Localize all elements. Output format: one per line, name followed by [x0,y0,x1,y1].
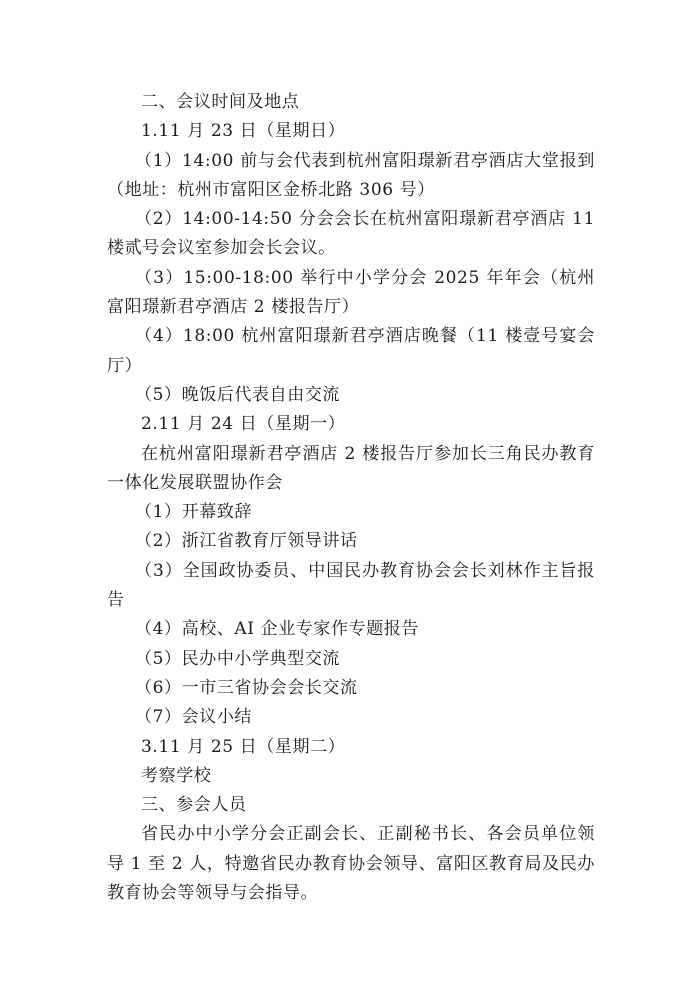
day2-item-6: （6）一市三省协会会长交流 [107,674,595,703]
day3-title: 3.11 月 25 日（星期二） [107,733,595,762]
day2-item-3: （3）全国政协委员、中国民办教育协会会长刘林作主旨报告 [107,557,595,616]
section-heading-attendees: 三、参会人员 [107,791,595,820]
day1-item-5: （5）晚饭后代表自由交流 [107,381,595,410]
day2-item-5: （5）民办中小学典型交流 [107,645,595,674]
attendees-body: 省民办中小学分会正副会长、正副秘书长、各会员单位领导 1 至 2 人，特邀省民办… [107,820,595,908]
day2-item-2: （2）浙江省教育厅领导讲话 [107,527,595,556]
day2-item-4: （4）高校、AI 企业专家作专题报告 [107,615,595,644]
day1-item-1: （1）14:00 前与会代表到杭州富阳璟新君亭酒店大堂报到（地址：杭州市富阳区金… [107,147,595,206]
document-page: 二、会议时间及地点 1.11 月 23 日（星期日） （1）14:00 前与会代… [107,88,595,908]
day1-item-2: （2）14:00-14:50 分会会长在杭州富阳璟新君亭酒店 11 楼贰号会议室… [107,205,595,264]
day2-intro: 在杭州富阳璟新君亭酒店 2 楼报告厅参加长三角民办教育一体化发展联盟协作会 [107,440,595,499]
day3-intro: 考察学校 [107,762,595,791]
section-heading-meeting-time-place: 二、会议时间及地点 [107,88,595,117]
day2-title: 2.11 月 24 日（星期一） [107,410,595,439]
day1-item-3: （3）15:00-18:00 举行中小学分会 2025 年年会（杭州富阳璟新君亭… [107,264,595,323]
day1-title: 1.11 月 23 日（星期日） [107,117,595,146]
day1-item-4: （4）18:00 杭州富阳璟新君亭酒店晚餐（11 楼壹号宴会厅） [107,322,595,381]
day2-item-7: （7）会议小结 [107,703,595,732]
day2-item-1: （1）开幕致辞 [107,498,595,527]
